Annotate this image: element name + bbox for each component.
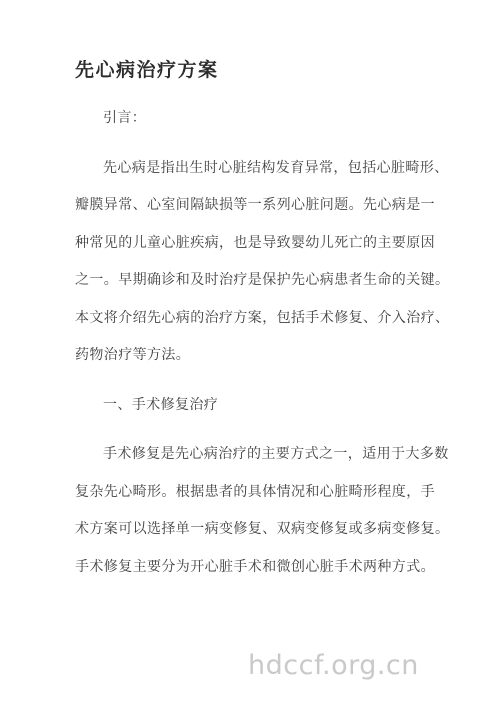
- paragraph-line: 之一。早期确诊和及时治疗是保护先心病患者生命的关键。: [75, 262, 442, 300]
- document-page: 先心病治疗方案 引言： 先心病是指出生时心脏结构发育异常，包括心脏畸形、 瓣膜异…: [0, 0, 500, 707]
- document-title: 先心病治疗方案: [75, 56, 442, 84]
- intro-label: 引言：: [75, 100, 442, 138]
- paragraph-line: 药物治疗等方法。: [75, 337, 442, 375]
- paragraph-line: 手术修复是先心病治疗的主要方式之一，适用于大多数: [75, 436, 442, 474]
- paragraph-line: 复杂先心畸形。根据患者的具体情况和心脏畸形程度，手: [75, 474, 442, 512]
- paragraph-1: 先心病是指出生时心脏结构发育异常，包括心脏畸形、 瓣膜异常、心室间隔缺损等一系列…: [75, 150, 442, 375]
- paragraph-line: 术方案可以选择单一病变修复、双病变修复或多病变修复。: [75, 511, 442, 549]
- site-watermark: hdccf.org.cn: [248, 650, 419, 681]
- paragraph-line: 手术修复主要分为开心脏手术和微创心脏手术两种方式。: [75, 549, 442, 587]
- paragraph-2: 手术修复是先心病治疗的主要方式之一，适用于大多数 复杂先心畸形。根据患者的具体情…: [75, 436, 442, 586]
- paragraph-line: 种常见的儿童心脏疾病，也是导致婴幼儿死亡的主要原因: [75, 225, 442, 263]
- paragraph-line: 先心病是指出生时心脏结构发育异常，包括心脏畸形、: [75, 150, 442, 188]
- paragraph-line: 本文将介绍先心病的治疗方案，包括手术修复、介入治疗、: [75, 300, 442, 338]
- paragraph-line: 瓣膜异常、心室间隔缺损等一系列心脏问题。先心病是一: [75, 187, 442, 225]
- section-1-heading: 一、手术修复治疗: [75, 387, 442, 425]
- section-1-heading-block: 一、手术修复治疗: [75, 387, 442, 425]
- document-content: 先心病治疗方案 引言： 先心病是指出生时心脏结构发育异常，包括心脏畸形、 瓣膜异…: [0, 0, 500, 586]
- intro-section: 引言：: [75, 100, 442, 138]
